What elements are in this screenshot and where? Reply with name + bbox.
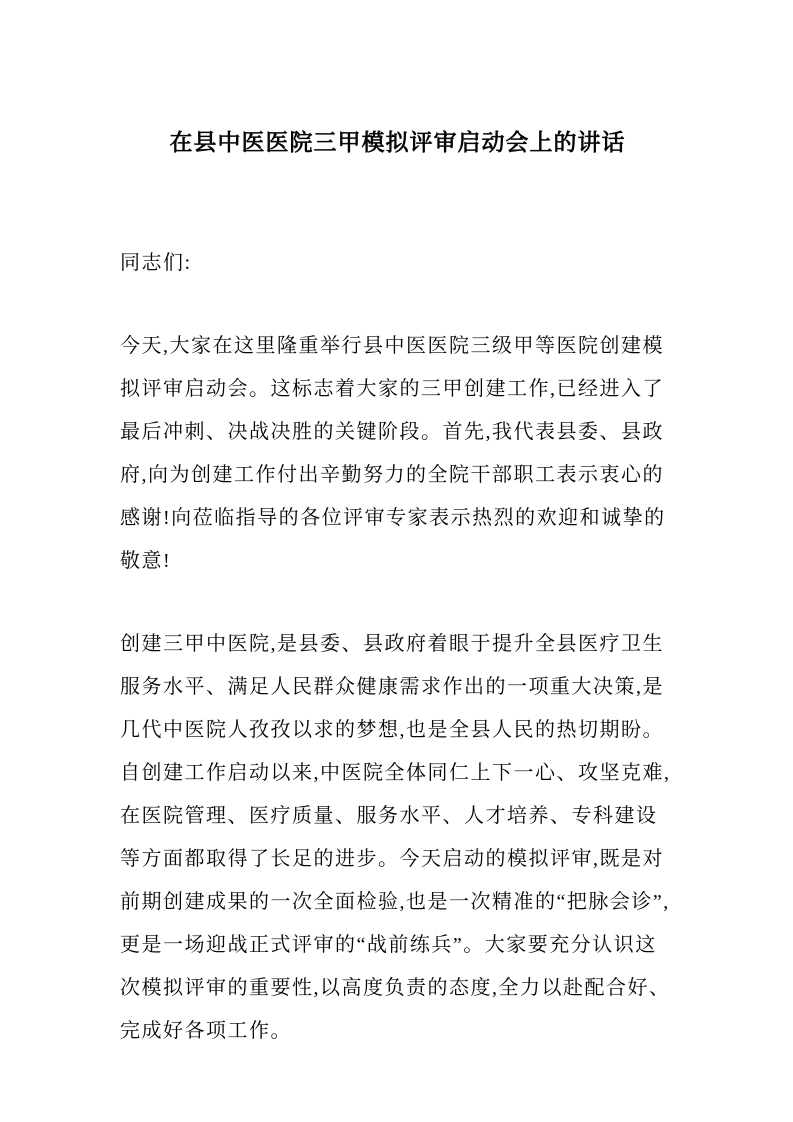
salutation: 同志们: <box>120 242 675 285</box>
document-page: 在县中医医院三甲模拟评审启动会上的讲话 同志们: 今天,大家在这里隆重举行县中医… <box>0 0 793 1122</box>
paragraph-1: 今天,大家在这里隆重举行县中医医院三级甲等医院创建模拟评审启动会。这标志着大家的… <box>120 325 675 583</box>
paragraph-2: 创建三甲中医院,是县委、县政府着眼于提升全县医疗卫生服务水平、满足人民群众健康需… <box>120 623 675 1053</box>
document-title: 在县中医医院三甲模拟评审启动会上的讲话 <box>120 128 675 158</box>
